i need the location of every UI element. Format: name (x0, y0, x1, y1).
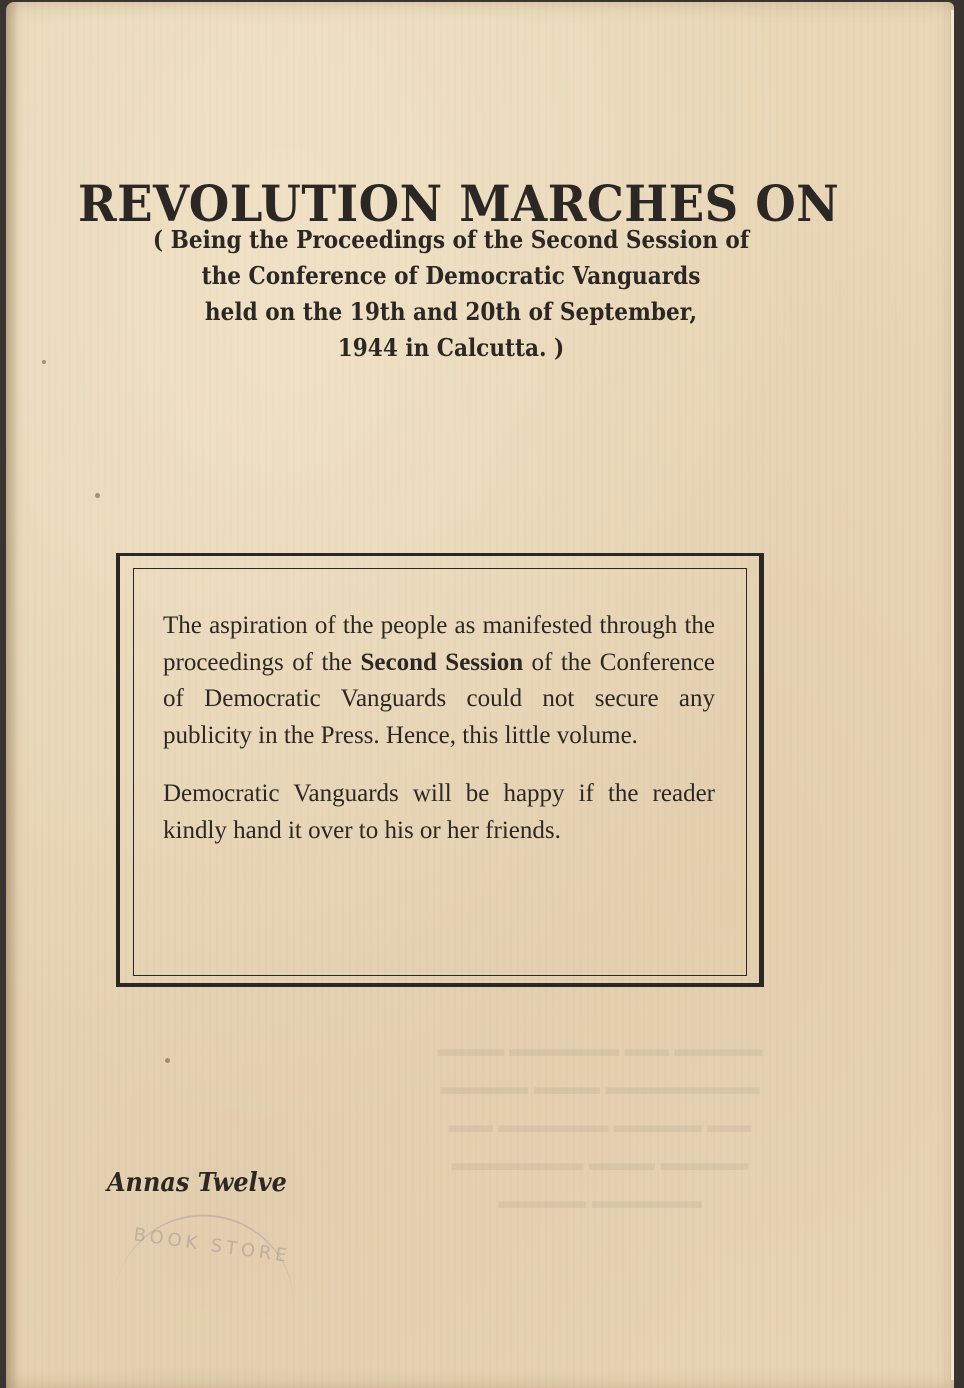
paper-speck (165, 1058, 170, 1063)
scanned-page: REVOLUTION MARCHES ON ( Being the Procee… (0, 0, 964, 1388)
notice-box-text: The aspiration of the people as manifest… (163, 608, 715, 871)
subtitle-line: ( Being the Proceedings of the Second Se… (132, 222, 771, 258)
show-through-text: ▬▬▬ ▬▬▬▬▬ ▬▬ ▬▬▬▬ ▬▬▬▬ ▬▬▬ ▬▬▬▬▬▬▬ ▬▬ ▬▬… (360, 1030, 840, 1220)
notice-emphasis: Second Session (360, 649, 523, 676)
paper-speck (95, 493, 100, 498)
subtitle-line: the Conference of Democratic Vanguards (132, 258, 771, 294)
notice-paragraph-1: The aspiration of the people as manifest… (163, 608, 715, 754)
page-edge (950, 10, 954, 1380)
paper-speck (42, 360, 46, 364)
notice-paragraph-2: Democratic Vanguards will be happy if th… (163, 776, 715, 849)
subtitle-line: 1944 in Calcutta. ) (132, 330, 771, 366)
document-subtitle: ( Being the Proceedings of the Second Se… (96, 222, 806, 366)
spine-shadow (6, 2, 20, 1388)
subtitle-line: held on the 19th and 20th of September, (132, 294, 771, 330)
price-label: Annas Twelve (107, 1168, 287, 1198)
